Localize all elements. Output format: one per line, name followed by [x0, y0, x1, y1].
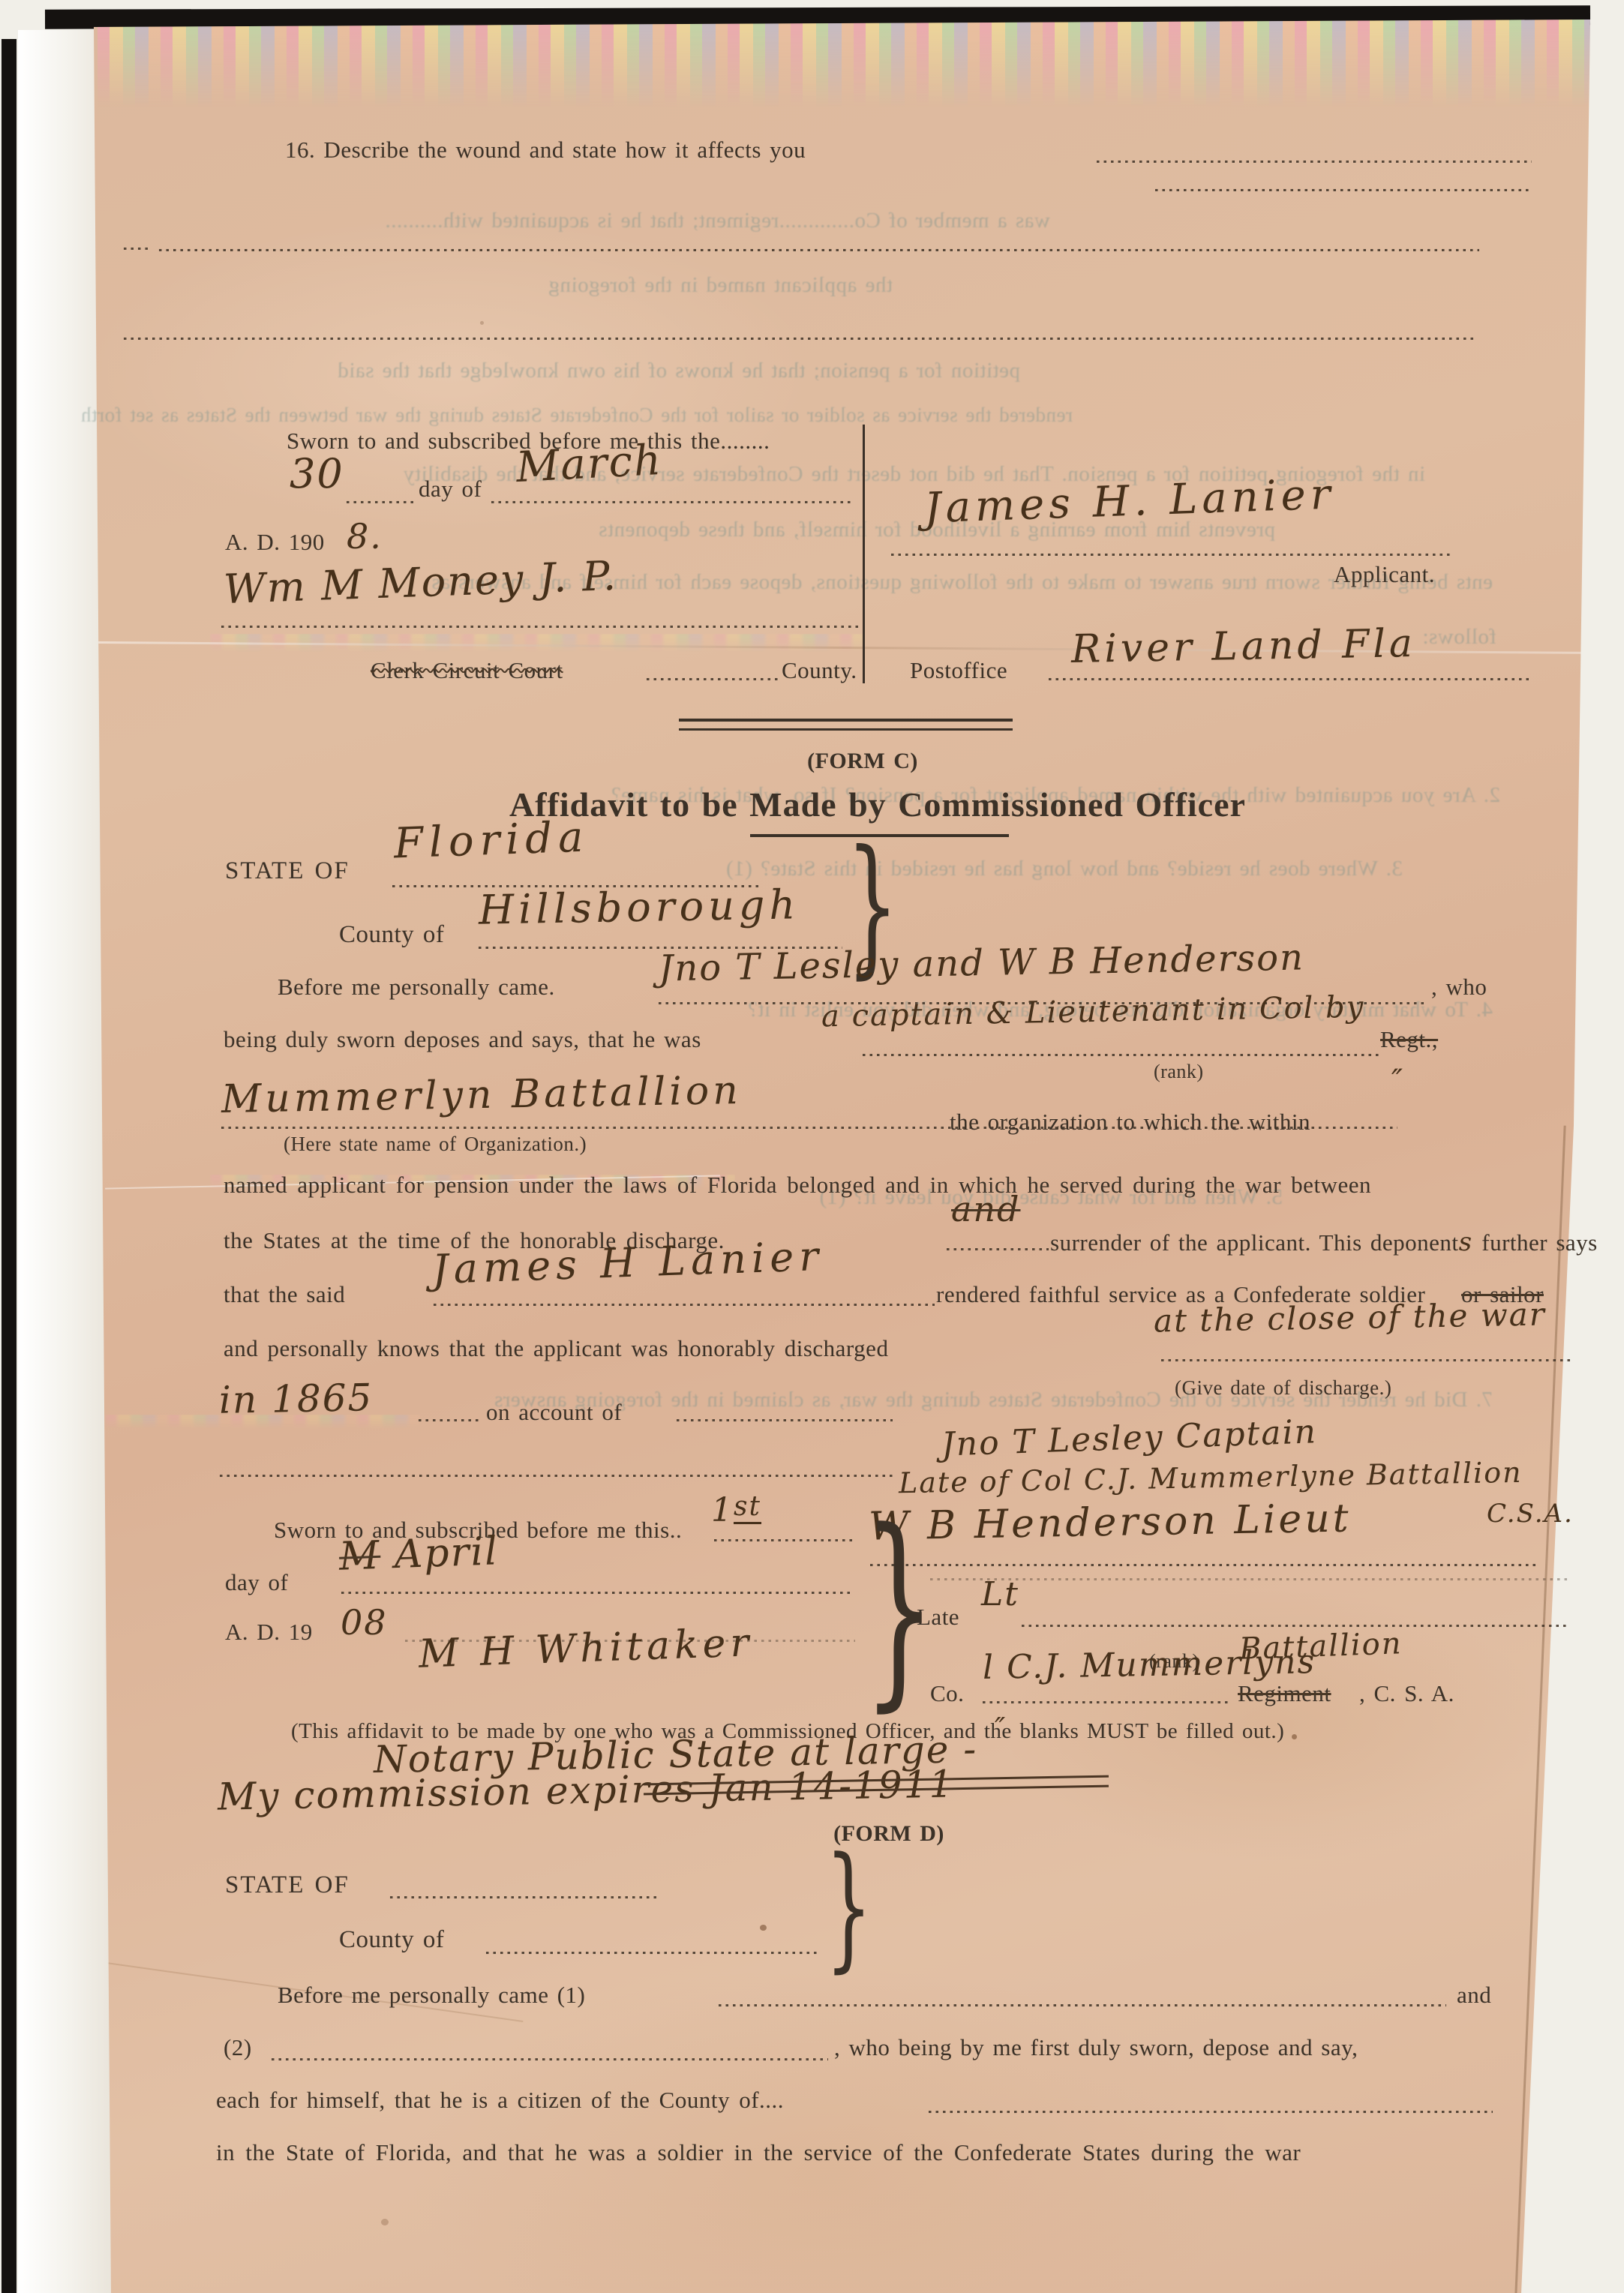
day-of-label: day of	[419, 476, 482, 503]
dotted-line	[891, 554, 1452, 556]
give-date-caption: (Give date of discharge.)	[1175, 1376, 1391, 1400]
county-of-label: County of	[339, 921, 444, 949]
paragraph-line-4: and personally knows that the applicant …	[224, 1335, 888, 1362]
bleedthrough-line: petition for a pension; that he knows of…	[128, 359, 1020, 383]
first-day-handwriting: 1st	[711, 1491, 761, 1529]
dotted-line	[124, 338, 1474, 340]
came-label: Before me personally came.	[278, 974, 555, 1001]
applicant-label: Applicant.	[1334, 561, 1435, 588]
csa-handwriting: C.S.A.	[1487, 1499, 1574, 1529]
bleedthrough-line: was a member of Co.............regiment;…	[128, 209, 1050, 233]
jurat-divider-rule	[863, 425, 865, 683]
paragraph-2b-post: further says	[1481, 1229, 1597, 1256]
struck-month-letter: M	[338, 1533, 381, 1580]
dotted-line	[1161, 1359, 1572, 1361]
organization-tail-text: the organization to which the within	[950, 1109, 1310, 1136]
paper-sheet	[0, 0, 1624, 2293]
rank-caption: (rank)	[1154, 1061, 1204, 1083]
dotted-line	[221, 626, 859, 628]
dotted-line	[272, 2058, 828, 2060]
ad2-year-handwriting: 08	[341, 1602, 388, 1643]
month2-handwriting: M April	[338, 1529, 500, 1579]
postoffice-handwriting: River Land Fla	[1071, 621, 1417, 672]
on-account-of-label: on account of	[486, 1399, 622, 1426]
bleedthrough-line: rendered the service as soldier or sailo…	[128, 404, 1073, 427]
dotted-line	[347, 501, 416, 503]
paragraph-line-1: named applicant for pension under the la…	[224, 1172, 1371, 1199]
ditto-mark-handwriting: ″	[1391, 1064, 1404, 1098]
dotted-line	[947, 1248, 1049, 1250]
ad-year-handwriting: 8.	[347, 516, 383, 557]
paragraph-line-3a: that the said	[224, 1281, 345, 1308]
duly-sworn-line: being duly sworn deposes and says, that …	[224, 1026, 701, 1053]
form-d-tag: (FORM D)	[776, 1821, 1001, 1847]
paper-speck	[1292, 1734, 1297, 1739]
county-handwriting: Hillsborough	[478, 881, 800, 933]
dotted-line	[1049, 678, 1532, 680]
first-number: 1	[711, 1491, 734, 1529]
first-suffix: st	[734, 1491, 761, 1524]
month-handwriting: March	[515, 436, 663, 492]
form-d-citizen-line: each for himself, that he is a citizen o…	[216, 2087, 784, 2114]
day-number-handwriting: 30	[290, 450, 344, 497]
co-label: Co.	[930, 1680, 964, 1707]
dotted-line	[159, 249, 1479, 251]
postoffice-label: Postoffice	[910, 657, 1007, 684]
form-d-state-label: STATE OF	[225, 1871, 350, 1899]
dotted-line	[390, 1896, 660, 1898]
paragraph-2b-pre: surrender of the applicant. This deponen…	[1050, 1229, 1459, 1256]
bleedthrough-line: the applicant named in the foregoing	[300, 273, 893, 298]
regiment-label-struck: Regiment	[1238, 1680, 1331, 1707]
scanner-left-bar	[2, 39, 17, 2293]
dotted-line	[714, 1539, 853, 1541]
paper-speck	[760, 1925, 767, 1931]
battalion-handwriting: Battallion	[1238, 1626, 1403, 1667]
ad2-label: A. D. 19	[225, 1619, 313, 1646]
question-16: 16. Describe the wound and state how it …	[285, 137, 806, 164]
discharge-date-handwriting: at the close of the war	[1154, 1295, 1547, 1339]
scanned-pension-document: was a member of Co.............regiment;…	[0, 0, 1624, 2293]
form-d-line2-number: (2)	[224, 2034, 252, 2061]
form-d-line2-text: , who being by me first duly sworn, depo…	[834, 2034, 1358, 2061]
regt-label-struck: Regt.,	[1380, 1026, 1438, 1053]
month2-april: April	[380, 1529, 499, 1577]
dotted-line	[677, 1419, 893, 1421]
late-rank-handwriting: Lt	[981, 1575, 1019, 1613]
form-c-tag: (FORM C)	[713, 749, 1013, 774]
dotted-line	[719, 2004, 1446, 2006]
dotted-line	[863, 1054, 1379, 1056]
clerk-circuit-court-label-struck: Clerk Circuit Court	[371, 657, 563, 684]
dotted-line	[929, 2111, 1493, 2113]
dotted-line	[647, 678, 780, 680]
county-label: County.	[782, 657, 857, 684]
dotted-line	[124, 248, 148, 250]
paper-speck	[381, 2219, 389, 2225]
organization-handwriting: Mummerlyn Battallion	[221, 1068, 743, 1122]
dotted-line	[930, 1578, 1568, 1580]
form-d-state-line: in the State of Florida, and that he was…	[216, 2139, 1301, 2166]
paper-speck	[480, 321, 484, 325]
day-of2-label: day of	[225, 1569, 288, 1596]
state-handwriting: Florida	[393, 812, 590, 868]
form-d-county-label: County of	[339, 1926, 444, 1954]
dotted-line	[419, 1419, 482, 1421]
dotted-line	[1097, 161, 1532, 163]
dotted-line	[870, 1564, 1536, 1566]
dotted-line	[220, 1475, 893, 1477]
ad-year-label: A. D. 190	[225, 529, 325, 556]
form-d-brace: }	[825, 1847, 872, 1968]
section-separator-double-rule	[679, 719, 1013, 731]
dotted-line	[983, 1701, 1230, 1703]
year-1865-handwriting: in 1865	[219, 1376, 374, 1422]
dotted-line	[434, 1304, 935, 1306]
iridescent-glare-mid1	[210, 634, 863, 653]
organization-caption: (Here state name of Organization.)	[284, 1133, 587, 1156]
who-label: , who	[1431, 974, 1487, 1001]
dotted-line	[1155, 189, 1532, 191]
and-handwriting: and	[951, 1189, 1021, 1229]
late-label: Late	[917, 1604, 959, 1631]
henderson-signature-handwriting: W B Henderson Lieut	[869, 1496, 1352, 1549]
form-d-and-label: and	[1457, 1982, 1491, 2009]
csa-label: , C. S. A.	[1359, 1680, 1454, 1707]
state-of-label: STATE OF	[225, 857, 350, 885]
dotted-line	[341, 1592, 853, 1594]
form-d-came-line: Before me personally came (1)	[278, 1982, 585, 2009]
paragraph-line-2b: surrender of the applicant. This deponen…	[1050, 1227, 1598, 1257]
dotted-line	[486, 1952, 820, 1954]
inserted-s-handwriting: s	[1459, 1227, 1473, 1257]
dotted-line	[491, 501, 853, 503]
dotted-line	[1022, 1625, 1568, 1627]
